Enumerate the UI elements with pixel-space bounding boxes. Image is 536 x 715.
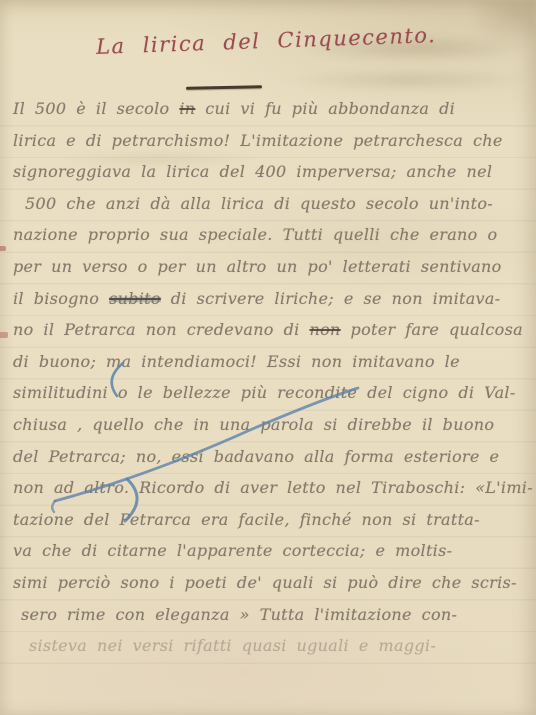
manuscript-text: va che di citarne l'apparente corteccia;… [13, 541, 452, 560]
manuscript-text: simi perciò sono i poeti de' quali si pu… [13, 573, 517, 592]
red-edge-tick [0, 246, 6, 251]
struck-word: in [179, 99, 195, 118]
manuscript-body: Il 500 è il secolo in cui vi fu più abbo… [13, 99, 532, 668]
manuscript-line: di buono; ma intendiamoci! Essi non imit… [13, 352, 532, 384]
manuscript-text: di buono; ma intendiamoci! Essi non imit… [13, 352, 460, 371]
manuscript-line: chiusa , quello che in una parola si dir… [13, 415, 532, 447]
red-edge-tick [0, 332, 8, 338]
manuscript-text: cui vi fu più abbondanza di [195, 99, 455, 118]
manuscript-text: tazione del Petrarca era facile, finché … [13, 510, 480, 529]
manuscript-line: sero rime con eleganza » Tutta l'imitazi… [13, 605, 532, 637]
manuscript-line: sisteva nei versi rifatti quasi uguali e… [13, 636, 532, 668]
manuscript-text: Il 500 è il secolo [13, 99, 179, 118]
manuscript-text: similitudini o le bellezze più recondite… [13, 383, 516, 402]
manuscript-line: no il Petrarca non credevano di non pote… [13, 320, 532, 352]
manuscript-text: non ad altro. Ricordo di aver letto nel … [13, 478, 533, 497]
manuscript-line: Il 500 è il secolo in cui vi fu più abbo… [13, 99, 532, 131]
manuscript-text: no il Petrarca non credevano di [13, 320, 309, 339]
manuscript-line: non ad altro. Ricordo di aver letto nel … [13, 478, 532, 510]
manuscript-line: simi perciò sono i poeti de' quali si pu… [13, 573, 532, 605]
manuscript-text: sero rime con eleganza » Tutta l'imitazi… [21, 605, 457, 624]
manuscript-line: signoreggiava la lirica del 400 imperver… [13, 162, 532, 194]
manuscript-text: 500 che anzi dà alla lirica di questo se… [25, 194, 493, 213]
manuscript-line: tazione del Petrarca era facile, finché … [13, 510, 532, 542]
manuscript-text: nazione proprio sua speciale. Tutti quel… [13, 225, 497, 244]
manuscript-line: similitudini o le bellezze più recondite… [13, 383, 532, 415]
manuscript-line: per un verso o per un altro un po' lette… [13, 257, 532, 289]
struck-word: non [309, 320, 340, 339]
manuscript-line: 500 che anzi dà alla lirica di questo se… [13, 194, 532, 226]
manuscript-line: va che di citarne l'apparente corteccia;… [13, 541, 532, 573]
struck-word: subito [109, 289, 161, 308]
manuscript-line: il bisogno subito di scrivere liriche; e… [13, 289, 532, 321]
manuscript-text: per un verso o per un altro un po' lette… [13, 257, 502, 276]
manuscript-line: del Petrarca; no, essi badavano alla for… [13, 447, 532, 479]
manuscript-text: del Petrarca; no, essi badavano alla for… [13, 447, 499, 466]
manuscript-text: di scrivere liriche; e se non imitava- [161, 289, 501, 308]
manuscript-text: lirica e di petrarchismo! L'imitazione p… [13, 131, 503, 150]
manuscript-text: poter fare qualcosa [341, 320, 523, 339]
manuscript-text: signoreggiava la lirica del 400 imperver… [13, 162, 492, 181]
manuscript-line: nazione proprio sua speciale. Tutti quel… [13, 225, 532, 257]
manuscript-line: lirica e di petrarchismo! L'imitazione p… [13, 131, 532, 163]
manuscript-text: il bisogno [13, 289, 109, 308]
manuscript-text: chiusa , quello che in una parola si dir… [13, 415, 494, 434]
manuscript-text: sisteva nei versi rifatti quasi uguali e… [29, 636, 436, 655]
